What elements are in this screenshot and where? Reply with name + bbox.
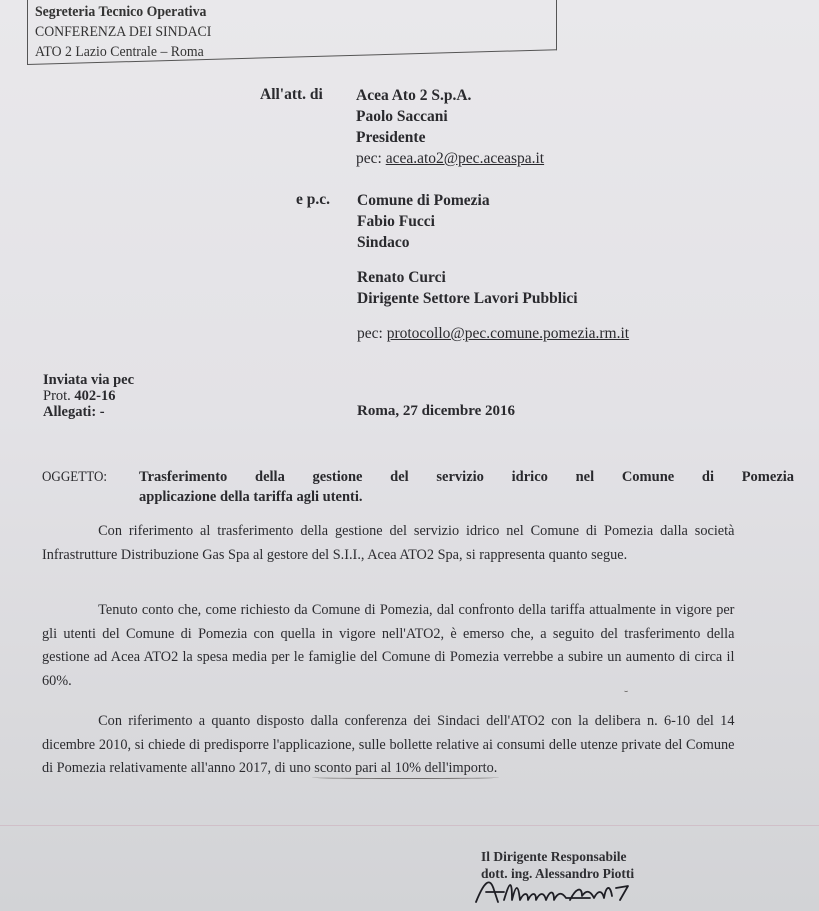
- attn-pec-line: pec: acea.ato2@pec.aceaspa.it: [356, 148, 544, 169]
- stamp-line: ATO 2 Lazio Centrale – Roma: [35, 42, 211, 62]
- attn-block: Acea Ato 2 S.p.A. Paolo Saccani Presiden…: [356, 85, 544, 169]
- stamp-line: CONFERENZA DEI SINDACI: [35, 22, 211, 42]
- cc-name-1: Fabio Fucci: [357, 211, 629, 232]
- handwritten-signature-icon: [470, 870, 650, 910]
- body-paragraph-1: Con riferimento al trasferimento della g…: [42, 520, 734, 567]
- attn-pec-link[interactable]: acea.ato2@pec.aceaspa.it: [386, 150, 544, 167]
- place-date: Roma, 27 dicembre 2016: [357, 403, 515, 420]
- cc-pec-link[interactable]: protocollo@pec.comune.pomezia.rm.it: [387, 325, 629, 342]
- cc-role-2: Dirigente Settore Lavori Pubblici: [357, 288, 629, 309]
- cc-label: e p.c.: [296, 191, 330, 209]
- cc-block: Comune di Pomezia Fabio Fucci Sindaco Re…: [357, 190, 629, 344]
- header-stamp: Segreteria Tecnico Operativa CONFERENZA …: [35, 2, 211, 62]
- protocol-label: Prot.: [43, 388, 71, 404]
- attn-label: All'att. di: [260, 86, 323, 104]
- body-paragraph-3: Con riferimento a quanto disposto dalla …: [42, 710, 734, 781]
- protocol-number: 402-16: [74, 388, 115, 404]
- highlight-discount: sconto pari al 10% dell'importo.: [314, 760, 497, 776]
- attn-name: Paolo Saccani: [356, 106, 544, 127]
- subject-line-1: Trasferimento della gestione del servizi…: [139, 467, 819, 487]
- sent-via: Inviata via pec: [43, 372, 134, 388]
- stamp-line: Segreteria Tecnico Operativa: [35, 2, 211, 22]
- subject-label: OGGETTO:: [42, 467, 107, 487]
- signature-title: Il Dirigente Responsabile: [481, 848, 634, 865]
- letter-page: Segreteria Tecnico Operativa CONFERENZA …: [0, 0, 819, 911]
- scan-fold-line: [0, 825, 819, 826]
- attachments: Allegati: -: [43, 404, 134, 420]
- cc-org: Comune di Pomezia: [357, 190, 629, 211]
- cc-role-1: Sindaco: [357, 232, 629, 253]
- paragraph-text: Con riferimento al trasferimento della g…: [42, 523, 734, 563]
- body-paragraph-2: Tenuto conto che, come richiesto da Comu…: [42, 599, 734, 693]
- meta-block: Inviata via pec Prot. 402-16 Allegati: -: [43, 372, 134, 420]
- pec-label: pec:: [356, 150, 382, 167]
- subject-line-2: applicazione della tariffa agli utenti.: [139, 489, 363, 505]
- attn-role: Presidente: [356, 127, 544, 148]
- cc-pec-line: pec: protocollo@pec.comune.pomezia.rm.it: [357, 323, 629, 344]
- attn-org: Acea Ato 2 S.p.A.: [356, 85, 544, 106]
- cc-name-2: Renato Curci: [357, 267, 629, 288]
- subject-text: Trasferimento della gestione del servizi…: [139, 467, 819, 507]
- pec-label: pec:: [357, 325, 383, 342]
- protocol-line: Prot. 402-16: [43, 388, 134, 404]
